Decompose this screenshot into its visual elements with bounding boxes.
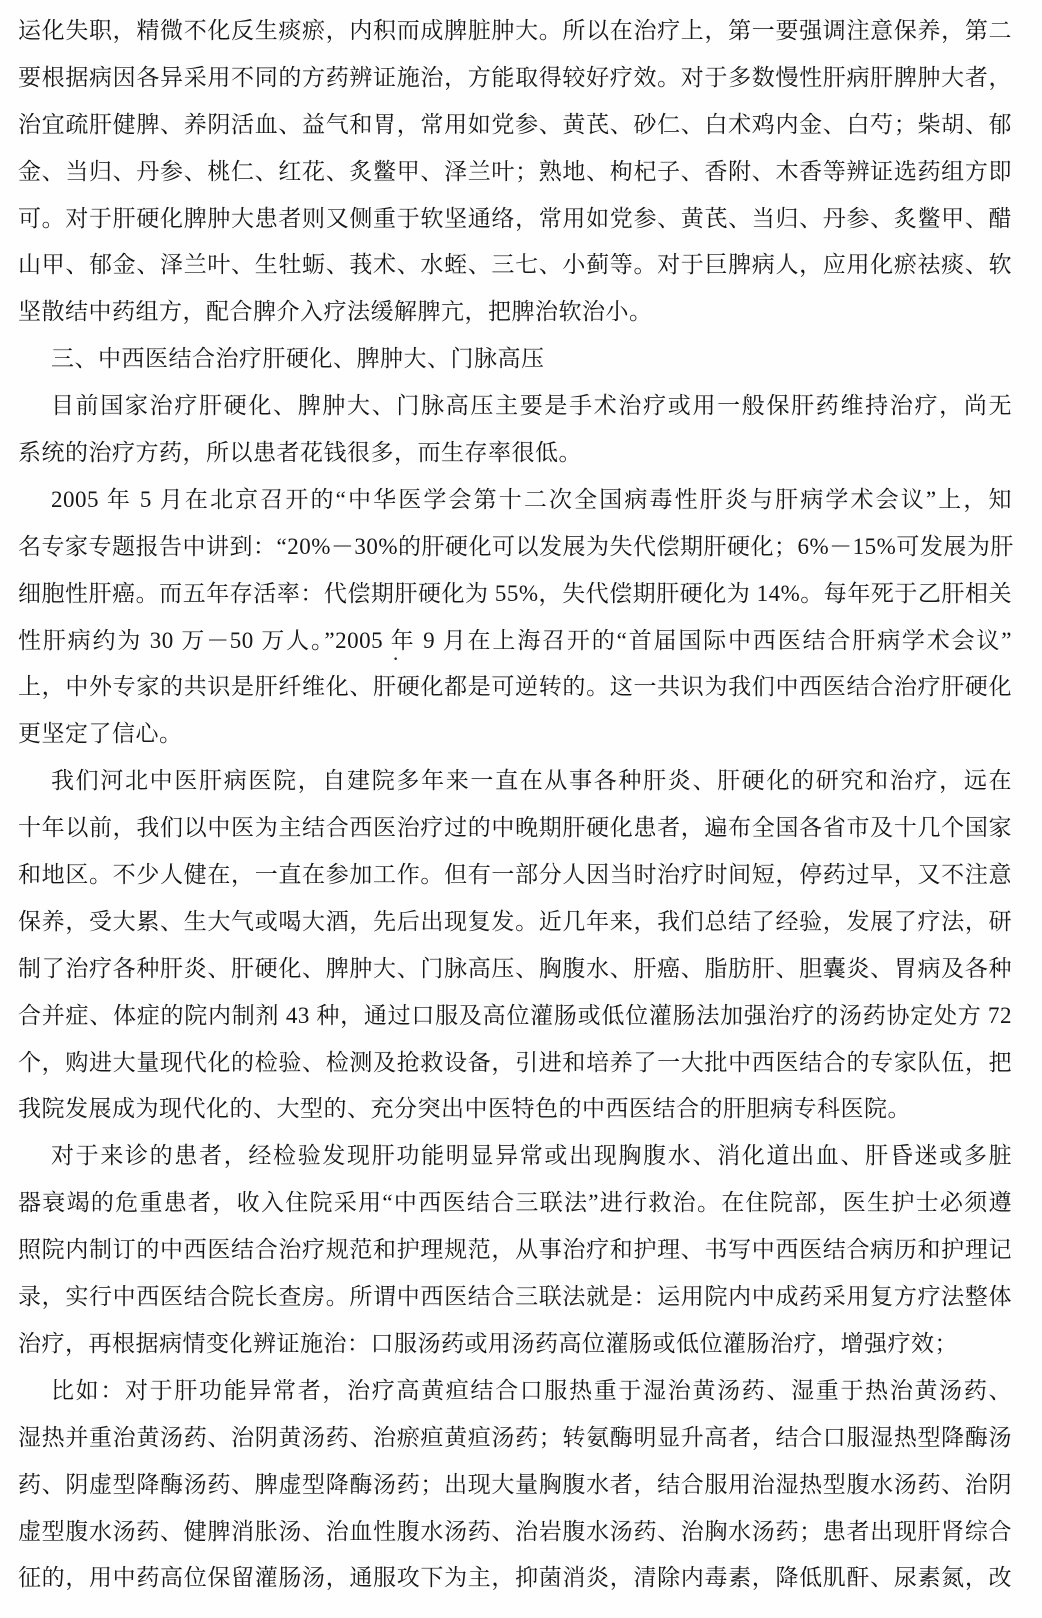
text-line-25: 对于来诊的患者，经检验发现肝功能明显异常或出现胸腹水、消化道出血、肝昏迷或多脏 [18,1133,1012,1180]
text-line-12: 名专家专题报告中讲到：“20%－30%的肝硬化可以发展为失代偿期肝硬化；6%－1… [18,524,1012,571]
text-line-13: 细胞性肝癌。而五年存活率：代偿期肝硬化为 55%，失代偿期肝硬化为 14%。每年… [18,571,1012,618]
text-line-16: 更坚定了信心。 [18,711,1012,758]
text-line-02: 要根据病因各异采用不同的方药辨证施治，方能取得较好疗效。对于多数慢性肝病肝脾肿大… [18,55,1012,102]
text-line-29: 治疗，再根据病情变化辨证施治：口服汤药或用汤药高位灌肠或低位灌肠治疗，增强疗效； [18,1321,1012,1368]
text-block: 运化失职，精微不化反生痰瘀，内积而成脾脏肿大。所以在治疗上，第一要强调注意保养，… [18,8,1012,1602]
text-line-33: 虚型腹水汤药、健脾消胀汤、治血性腹水汤药、治岩腹水汤药、治胸水汤药；患者出现肝肾… [18,1509,1012,1556]
text-line-20: 保养，受大累、生大气或喝大酒，先后出现复发。近几年来，我们总结了经验，发展了疗法… [18,899,1012,946]
section-heading: 三、中西医结合治疗肝硬化、脾肿大、门脉高压 [18,336,1012,383]
text-line-26: 器衰竭的危重患者，收入住院采用“中西医结合三联法”进行救治。在住院部，医生护士必… [18,1180,1012,1227]
document-page: 运化失职，精微不化反生痰瘀，内积而成脾脏肿大。所以在治疗上，第一要强调注意保养，… [0,0,1042,1618]
text-line-14: 性肝病约为 30 万－50 万人。”2005 年 9 月在上海召开的“首届国际中… [18,618,1012,665]
scan-artifact-dot: · [392,648,399,670]
text-line-05: 可。对于肝硬化脾肿大患者则又侧重于软坚通络，常用如党参、黄芪、当归、丹参、炙鳖甲… [18,196,1012,243]
text-line-06: 山甲、郁金、泽兰叶、生牡蛎、莪术、水蛭、三七、小蓟等。对于巨脾病人，应用化瘀祛痰… [18,242,1012,289]
text-line-04: 金、当归、丹参、桃仁、红花、炙鳖甲、泽兰叶；熟地、枸杞子、香附、木香等辨证选药组… [18,149,1012,196]
text-line-28: 录，实行中西医结合院长查房。所谓中西医结合三联法就是：运用院内中成药采用复方疗法… [18,1274,1012,1321]
text-line-27: 照院内制订的中西医结合治疗规范和护理规范，从事治疗和护理、书写中西医结合病历和护… [18,1227,1012,1274]
text-line-32: 药、阴虚型降酶汤药、脾虚型降酶汤药；出现大量胸腹水者，结合服用治湿热型腹水汤药、… [18,1462,1012,1509]
text-line-11: 2005 年 5 月在北京召开的“中华医学会第十二次全国病毒性肝炎与肝病学术会议… [18,477,1012,524]
text-line-24: 我院发展成为现代化的、大型的、充分突出中医特色的中西医结合的肝胆病专科医院。 [18,1086,1012,1133]
text-line-15: 上，中外专家的共识是肝纤维化、肝硬化都是可逆转的。这一共识为我们中西医结合治疗肝… [18,664,1012,711]
text-line-18: 十年以前，我们以中医为主结合西医治疗过的中晚期肝硬化患者，遍布全国各省市及十几个… [18,805,1012,852]
text-line-31: 湿热并重治黄汤药、治阴黄汤药、治瘀疸黄疸汤药；转氨酶明显升高者，结合口服湿热型降… [18,1415,1012,1462]
text-line-07: 坚散结中药组方，配合脾介入疗法缓解脾亢，把脾治软治小。 [18,289,1012,336]
text-line-21: 制了治疗各种肝炎、肝硬化、脾肿大、门脉高压、胸腹水、肝癌、脂肪肝、胆囊炎、胃病及… [18,946,1012,993]
text-line-34: 征的，用中药高位保留灌肠汤，通服攻下为主，抑菌消炎，清除内毒素，降低肌酐、尿素氮… [18,1555,1012,1602]
text-line-09: 目前国家治疗肝硬化、脾肿大、门脉高压主要是手术治疗或用一般保肝药维持治疗，尚无 [18,383,1012,430]
text-line-22: 合并症、体症的院内制剂 43 种，通过口服及高位灌肠或低位灌肠法加强治疗的汤药协… [18,993,1012,1040]
text-line-19: 和地区。不少人健在，一直在参加工作。但有一部分人因当时治疗时间短，停药过早，又不… [18,852,1012,899]
text-line-03: 治宜疏肝健脾、养阴活血、益气和胃，常用如党参、黄芪、砂仁、白术鸡内金、白芍；柴胡… [18,102,1012,149]
text-line-17: 我们河北中医肝病医院，自建院多年来一直在从事各种肝炎、肝硬化的研究和治疗，远在 [18,758,1012,805]
text-line-23: 个，购进大量现代化的检验、检测及抢救设备，引进和培养了一大批中西医结合的专家队伍… [18,1040,1012,1087]
text-line-30: 比如：对于肝功能异常者，治疗高黄疸结合口服热重于湿治黄汤药、湿重于热治黄汤药、 [18,1368,1012,1415]
text-line-01: 运化失职，精微不化反生痰瘀，内积而成脾脏肿大。所以在治疗上，第一要强调注意保养，… [18,8,1012,55]
text-line-10: 系统的治疗方药，所以患者花钱很多，而生存率很低。 [18,430,1012,477]
